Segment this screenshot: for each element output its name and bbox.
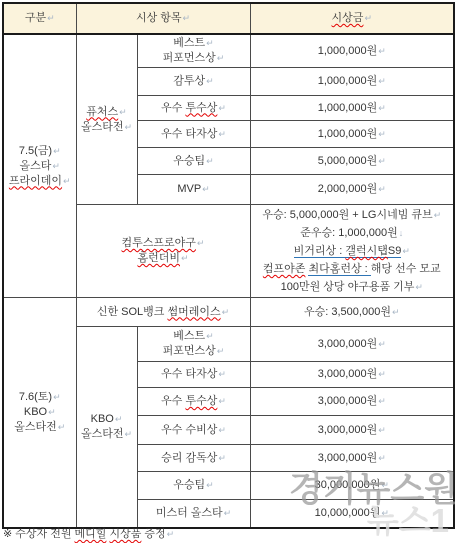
text-line: 신한 SOL뱅크 썸머레이스↵	[79, 305, 248, 320]
text-segment: 3,000,000원	[318, 424, 378, 436]
text-segment: 1,000,000원	[318, 75, 378, 87]
text-line: 올스타전↵	[79, 120, 135, 135]
end-of-line-mark: ↵	[378, 103, 386, 113]
text-segment: 홈런더비	[137, 252, 180, 264]
award-item: 우승팀↵	[137, 472, 250, 500]
text-line: KBO↵	[6, 405, 74, 420]
award-item: 승리 감독상↵	[137, 445, 250, 472]
text-segment: 3,000,000원	[318, 395, 378, 407]
end-of-line-mark: ↵	[378, 339, 386, 349]
end-of-line-mark: ↵	[218, 129, 226, 139]
prize-table: 구분↵시상 항목↵시상금↵7.5(금)↵올스타↵프라이데이↵퓨처스↵올스타전↵베…	[2, 2, 455, 529]
text-segment: 우승팀	[173, 155, 205, 167]
end-of-line-mark: ↵	[378, 396, 386, 406]
prize-amount: 1,000,000원↵	[250, 34, 454, 68]
text-segment: 우수 수비상	[161, 424, 217, 436]
end-of-line-mark: ↵	[197, 238, 205, 248]
end-of-line-mark: ↵	[378, 129, 386, 139]
end-of-line-mark: ↵	[167, 529, 175, 539]
end-of-line-mark: ↵	[434, 210, 442, 220]
award-item: 감투상↵	[137, 68, 250, 96]
text-segment: 승리 감독상	[161, 452, 217, 464]
prize-amount: 10,000,000원↵	[250, 500, 454, 528]
text-line: 시상 항목↵	[79, 11, 248, 26]
end-of-line-mark: ↵	[206, 76, 214, 86]
text-line: 10,000,000원↵	[253, 506, 452, 521]
end-of-line-mark: ↵	[378, 46, 386, 56]
prize-amount: 3,000,000원↵	[250, 445, 454, 472]
award-item: MVP↵	[137, 175, 250, 205]
text-segment: 썸머레이스	[167, 306, 220, 318]
end-of-line-mark: ↵	[218, 425, 226, 435]
text-line: 3,000,000원↵	[253, 423, 452, 438]
text-line: 홈런더비↵	[79, 251, 248, 266]
end-of-line-mark: ↵	[183, 13, 191, 23]
text-line: 올스타전↵	[6, 420, 74, 435]
text-segment: 올스타전	[81, 121, 124, 133]
text-segment: 갤럭시탭	[345, 245, 388, 258]
prize-amount: 3,000,000원↵	[250, 416, 454, 445]
text-segment: KBO	[91, 413, 114, 425]
group-allstar-friday: 7.5(금)↵올스타↵프라이데이↵	[3, 34, 76, 298]
text-segment: 최다홈런상 :	[308, 263, 370, 276]
end-of-line-mark: ↵	[364, 13, 372, 23]
text-segment: 올스타전	[14, 421, 57, 433]
end-of-line-mark: ↵	[206, 480, 214, 490]
text-line: 구분↵	[6, 11, 74, 26]
text-line: 우승팀↵	[140, 478, 248, 493]
end-of-line-mark: ↵	[378, 425, 386, 435]
text-segment: 메디힐	[75, 528, 107, 540]
text-line: 시상금↵	[253, 11, 452, 26]
prize-amount: 1,000,000원↵	[250, 68, 454, 96]
award-item: 우승팀↵	[137, 148, 250, 175]
text-line: 우수 투수상↵	[140, 101, 248, 116]
text-segment: 우수	[161, 395, 185, 407]
end-of-line-mark: ↵	[218, 453, 226, 463]
text-segment: 감투상	[173, 75, 205, 87]
text-segment: 컴투스프로야구	[122, 237, 196, 249]
text-segment: 신한 SOL뱅크	[97, 306, 168, 318]
text-segment: 퍼포먼스상	[163, 345, 216, 357]
end-of-line-mark: ↵	[181, 253, 189, 263]
text-segment: 구분	[25, 12, 46, 24]
end-of-line-mark: ↵	[217, 346, 225, 356]
text-line: 3,000,000원↵	[253, 451, 452, 466]
header-award-item: 시상 항목↵	[76, 3, 250, 34]
text-segment: 베스트	[173, 330, 205, 342]
text-segment: 베스트	[173, 37, 205, 49]
text-line: 5,000,000원↵	[253, 154, 452, 169]
text-line: 우승: 5,000,000원 + LG시네빔 큐브↵	[253, 206, 452, 224]
end-of-line-mark: ↵	[224, 508, 232, 518]
text-segment: KBO	[24, 406, 47, 418]
text-line: 베스트↵	[140, 36, 248, 51]
prize-amount: 30,000,000원↵	[250, 472, 454, 500]
end-of-line-mark: ↵	[392, 307, 400, 317]
text-line: 우승: 3,500,000원↵	[253, 305, 452, 320]
end-of-line-mark: ↓	[399, 228, 404, 238]
award-item: 우수 수비상↵	[137, 416, 250, 445]
award-item: 베스트↵퍼포먼스상↵	[137, 327, 250, 362]
text-segment: 비거리상 :	[294, 245, 346, 258]
prize-amount: 1,000,000원↵	[250, 96, 454, 121]
text-segment: 프라이데이	[9, 175, 62, 187]
award-item: 우수 투수상↵	[137, 388, 250, 416]
text-line: MVP↵	[140, 182, 248, 197]
end-of-line-mark: ↵	[119, 107, 127, 117]
end-of-line-mark: ↵	[124, 122, 132, 132]
text-line: 퓨처스↵	[79, 105, 135, 120]
end-of-line-mark: ↵	[124, 429, 132, 439]
end-of-line-mark: ↵	[218, 103, 226, 113]
text-segment: 7.5(금)	[19, 145, 52, 157]
text-line: 올스타↵	[6, 159, 74, 174]
text-segment: 1,000,000원	[318, 128, 378, 140]
text-segment: 3,000,000원	[318, 338, 378, 350]
text-line: 우수 타자상↵	[140, 127, 248, 142]
text-segment: S9	[388, 245, 401, 258]
end-of-line-mark: ↵	[52, 161, 60, 171]
end-of-line-mark: ↵	[402, 246, 410, 256]
text-segment: 투수상	[185, 102, 217, 114]
award-item: 미스터 올스타↵	[137, 500, 250, 528]
text-line: 1,000,000원↵	[253, 74, 452, 89]
text-line: 컴투스프로야구↵	[79, 236, 248, 251]
end-of-line-mark: ↵	[378, 156, 386, 166]
text-line: 올스타전↵	[79, 427, 135, 442]
text-line: 1,000,000원↵	[253, 127, 452, 142]
text-segment: 3,000,000원	[318, 452, 378, 464]
end-of-line-mark: ↵	[206, 156, 214, 166]
award-item: 우수 투수상↵	[137, 96, 250, 121]
end-of-line-mark: ↵	[218, 369, 226, 379]
text-line: 프라이데이↵	[6, 174, 74, 189]
text-line: 준우승: 1,000,000원↓	[253, 224, 452, 242]
end-of-line-mark: ↵	[206, 331, 214, 341]
text-line: 7.5(금)↵	[6, 144, 74, 159]
text-line: 우수 투수상↵	[140, 394, 248, 409]
end-of-line-mark: ↵	[378, 369, 386, 379]
text-segment: 시상 항목	[136, 12, 182, 24]
text-line: 승리 감독상↵	[140, 451, 248, 466]
end-of-line-mark: ↵	[217, 53, 225, 63]
text-segment: 우승: 5,000,000원 + LG시네빔 큐브	[262, 209, 432, 221]
text-segment: 1,000,000원	[318, 45, 378, 57]
footnote: ※ 수상자 전원 메디힐 시상품 증정↵	[3, 527, 174, 542]
end-of-line-mark: ↵	[48, 407, 56, 417]
text-segment: 우수 타자상	[161, 128, 217, 140]
prize-details: 우승: 5,000,000원 + LG시네빔 큐브↵준우승: 1,000,000…	[250, 205, 454, 298]
end-of-line-mark: ↵	[47, 13, 55, 23]
table-row: 구분↵시상 항목↵시상금↵	[3, 3, 454, 34]
text-line: 우수 수비상↵	[140, 423, 248, 438]
end-of-line-mark: ↵	[415, 282, 423, 292]
text-line: 30,000,000원↵	[253, 478, 452, 493]
end-of-line-mark: ↵	[53, 392, 61, 402]
text-segment: 시상품	[109, 528, 141, 540]
prize-amount: 3,000,000원↵	[250, 388, 454, 416]
prize-amount: 1,000,000원↵	[250, 121, 454, 148]
end-of-line-mark: ↵	[381, 508, 389, 518]
end-of-line-mark: ↵	[378, 76, 386, 86]
table-row: 7.5(금)↵올스타↵프라이데이↵퓨처스↵올스타전↵베스트↵퍼포먼스상↵1,00…	[3, 34, 454, 68]
text-line: 퍼포먼스상↵	[140, 51, 248, 66]
prize-amount: 3,000,000원↵	[250, 327, 454, 362]
prize-table-body: 구분↵시상 항목↵시상금↵7.5(금)↵올스타↵프라이데이↵퓨처스↵올스타전↵베…	[3, 3, 454, 528]
text-segment: 5,000,000원	[318, 155, 378, 167]
event-summer-race: 신한 SOL뱅크 썸머레이스↵	[76, 298, 250, 327]
text-line: 퍼포먼스상↵	[140, 344, 248, 359]
table-row: 7.6(토)↵KBO↵올스타전↵신한 SOL뱅크 썸머레이스↵우승: 3,500…	[3, 298, 454, 327]
group-kbo-allstar-day: 7.6(토)↵KBO↵올스타전↵	[3, 298, 76, 528]
group-kbo-allstar-game: KBO↵올스타전↵	[76, 327, 137, 528]
end-of-line-mark: ↵	[381, 480, 389, 490]
text-segment: 2,000,000원	[318, 183, 378, 195]
text-line: ※ 수상자 전원 메디힐 시상품 증정↵	[3, 527, 174, 542]
text-segment: 퍼포먼스상	[163, 52, 216, 64]
text-segment: 우승: 3,500,000원	[304, 306, 391, 318]
text-line: 2,000,000원↵	[253, 182, 452, 197]
text-segment: 준우승: 1,000,000원	[300, 227, 398, 239]
prize-amount: 2,000,000원↵	[250, 175, 454, 205]
event-homerun-derby: 컴투스프로야구↵홈런더비↵	[76, 205, 250, 298]
header-category: 구분↵	[3, 3, 76, 34]
text-segment: ※ 수상자 전원	[3, 528, 75, 540]
end-of-line-mark: ↵	[115, 414, 123, 424]
group-futures-allstar: 퓨처스↵올스타전↵	[76, 34, 137, 205]
end-of-line-mark: ↵	[53, 146, 61, 156]
text-line: 3,000,000원↵	[253, 337, 452, 352]
text-segment: 투수상	[185, 395, 217, 407]
end-of-line-mark: ↵	[206, 38, 214, 48]
end-of-line-mark: ↵	[202, 184, 210, 194]
text-segment: 올스타	[20, 160, 52, 172]
prize-amount: 우승: 3,500,000원↵	[250, 298, 454, 327]
text-line: 1,000,000원↵	[253, 44, 452, 59]
header-prize: 시상금↵	[250, 3, 454, 34]
text-segment: 1,000,000원	[318, 102, 378, 114]
document-page: 구분↵시상 항목↵시상금↵7.5(금)↵올스타↵프라이데이↵퓨처스↵올스타전↵베…	[0, 0, 455, 543]
text-segment: 우수	[161, 102, 185, 114]
text-segment: 3,000,000원	[318, 368, 378, 380]
text-line: 비거리상 : 갤럭시탭S9↵	[253, 242, 452, 260]
award-item: 베스트↵퍼포먼스상↵	[137, 34, 250, 68]
text-line: KBO↵	[79, 412, 135, 427]
text-line: 3,000,000원↵	[253, 394, 452, 409]
text-line: 감투상↵	[140, 74, 248, 89]
text-line: 미스터 올스타↵	[140, 506, 248, 521]
text-line: 3,000,000원↵	[253, 367, 452, 382]
text-line: 100만원 상당 야구용품 기부↵	[253, 278, 452, 296]
end-of-line-mark: ↵	[378, 184, 386, 194]
text-segment: 올스타전	[81, 428, 124, 440]
text-line: 우수 타자상↵	[140, 367, 248, 382]
prize-amount: 3,000,000원↵	[250, 362, 454, 388]
end-of-line-mark: ↵	[218, 396, 226, 406]
award-item: 우수 타자상↵	[137, 121, 250, 148]
text-line: 베스트↵	[140, 329, 248, 344]
text-line: 7.6(토)↵	[6, 390, 74, 405]
text-segment: 컴프야존	[263, 263, 306, 275]
end-of-line-mark: ↵	[378, 453, 386, 463]
prize-amount: 5,000,000원↵	[250, 148, 454, 175]
text-segment: 미스터 올스타	[156, 507, 223, 519]
text-segment: 10,000,000원	[315, 507, 381, 519]
text-segment: 퓨처스	[86, 106, 118, 118]
text-segment: 우수 타자상	[161, 368, 217, 380]
text-segment: 해당 선수 모교	[371, 263, 441, 275]
text-line: 1,000,000원↵	[253, 101, 452, 116]
text-segment: 100만원 상당 야구용품 기부	[281, 281, 415, 293]
text-line: 컴프야존 최다홈런상 : 해당 선수 모교	[253, 260, 452, 278]
text-segment: 30,000,000원	[315, 479, 381, 491]
text-segment: MVP	[177, 183, 201, 195]
end-of-line-mark: ↵	[222, 307, 230, 317]
text-line: 우승팀↵	[140, 154, 248, 169]
text-segment: 7.6(토)	[19, 391, 52, 403]
text-segment: 우승팀	[173, 479, 205, 491]
end-of-line-mark: ↵	[58, 422, 66, 432]
text-segment: 증정	[141, 528, 165, 540]
text-segment: 시상금	[332, 12, 364, 24]
end-of-line-mark: ↵	[63, 176, 71, 186]
award-item: 우수 타자상↵	[137, 362, 250, 388]
